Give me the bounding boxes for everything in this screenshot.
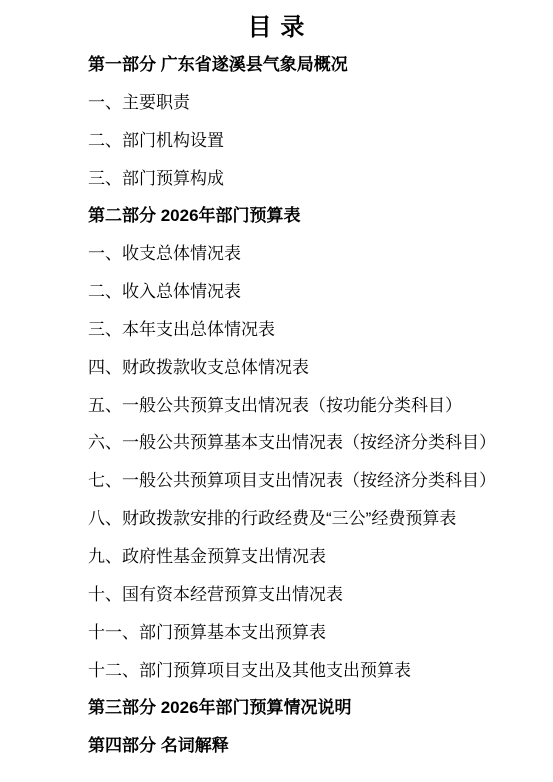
toc-heading-part-3: 第三部分 2026年部门预算情况说明 [88,698,549,736]
toc-heading-part-2: 第二部分 2026年部门预算表 [88,206,549,244]
toc-item-part2-5: 五、一般公共预算支出情况表（按功能分类科目） [88,396,549,434]
toc-item-part1-3: 三、部门预算构成 [88,169,549,207]
toc-item-part2-7: 七、一般公共预算项目支出情况表（按经济分类科目） [88,471,549,509]
toc-item-part2-6: 六、一般公共预算基本支出情况表（按经济分类科目） [88,433,549,471]
toc-item-part2-4: 四、财政拨款收支总体情况表 [88,358,549,396]
toc-item-part2-8: 八、财政拨款安排的行政经费及“三公”经费预算表 [88,509,549,547]
toc-item-part2-3: 三、本年支出总体情况表 [88,320,549,358]
toc-item-part2-11: 十一、部门预算基本支出预算表 [88,623,549,661]
toc-heading-part-1: 第一部分 广东省遂溪县气象局概况 [88,55,549,93]
toc-page: 目 录 第一部分 广东省遂溪县气象局概况 一、主要职责 二、部门机构设置 三、部… [0,0,553,782]
toc-item-part2-10: 十、国有资本经营预算支出情况表 [88,585,549,623]
toc-entries: 第一部分 广东省遂溪县气象局概况 一、主要职责 二、部门机构设置 三、部门预算构… [88,55,549,774]
toc-item-part2-2: 二、收入总体情况表 [88,282,549,320]
toc-heading-part-4: 第四部分 名词解释 [88,736,549,774]
toc-item-part2-1: 一、收支总体情况表 [88,244,549,282]
toc-item-part2-9: 九、政府性基金预算支出情况表 [88,547,549,585]
toc-item-part1-2: 二、部门机构设置 [88,131,549,169]
page-title: 目 录 [0,7,553,42]
toc-item-part2-12: 十二、部门预算项目支出及其他支出预算表 [88,661,549,699]
toc-item-part1-1: 一、主要职责 [88,93,549,131]
